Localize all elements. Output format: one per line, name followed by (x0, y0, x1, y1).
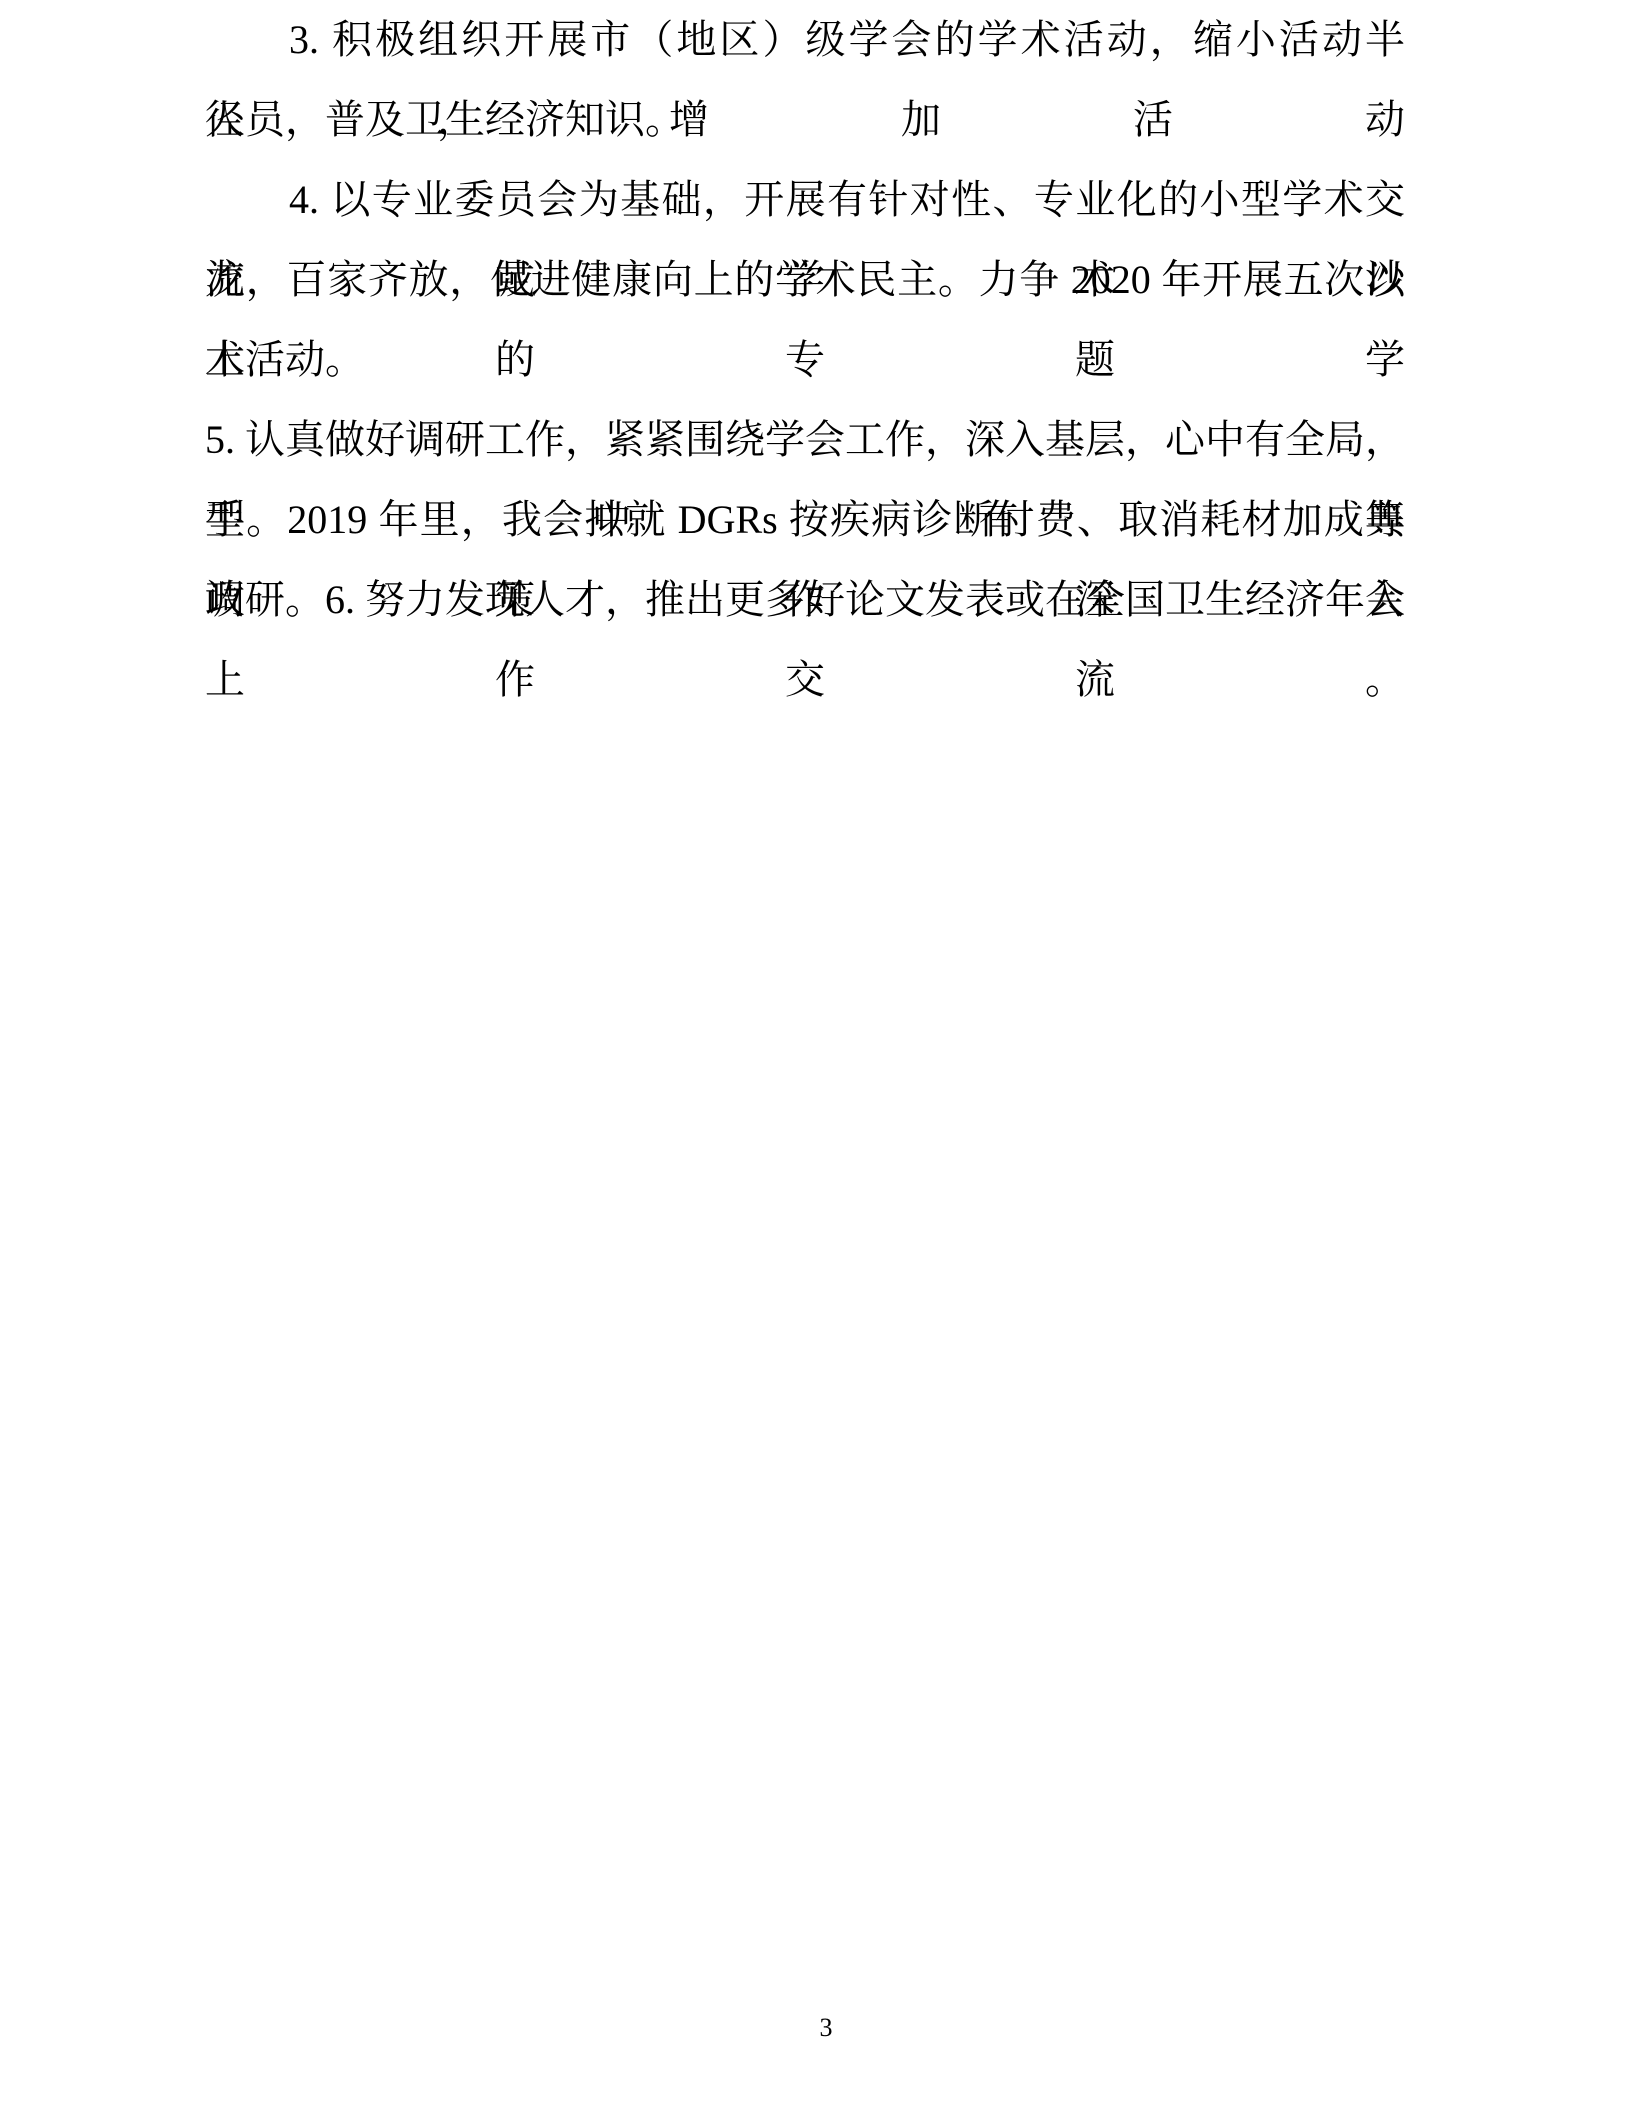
text-line: 4. 以专业委员会为基础，开展有针对性、专业化的小型学术交流或学术沙 (205, 160, 1405, 240)
text-line: 5. 认真做好调研工作，紧紧围绕学会工作，深入基层，心中有全局，手中有典 (205, 400, 1405, 480)
text-line: 调研。6. 努力发现人才，推出更多好论文发表或在全国卫生经济年会上作交流。 (205, 560, 1405, 640)
document-body: 3. 积极组织开展市（地区）级学会的学术活动，缩小活动半径，增加活动人员，普及卫… (205, 0, 1405, 640)
text-line: 3. 积极组织开展市（地区）级学会的学术活动，缩小活动半径，增加活动 (205, 0, 1405, 80)
document-page: 3. 积极组织开展市（地区）级学会的学术活动，缩小活动半径，增加活动人员，普及卫… (0, 0, 1652, 2119)
text-line: 型。2019 年里，我会拟就 DGRs 按疾病诊断付费、取消耗材加成等政策作深入 (205, 480, 1405, 560)
page-number: 3 (820, 2013, 833, 2042)
text-line: 龙，百家齐放，促进健康向上的学术民主。力争 2020 年开展五次以上的专题学 (205, 240, 1405, 320)
page-footer: 3 (0, 2008, 1652, 2048)
